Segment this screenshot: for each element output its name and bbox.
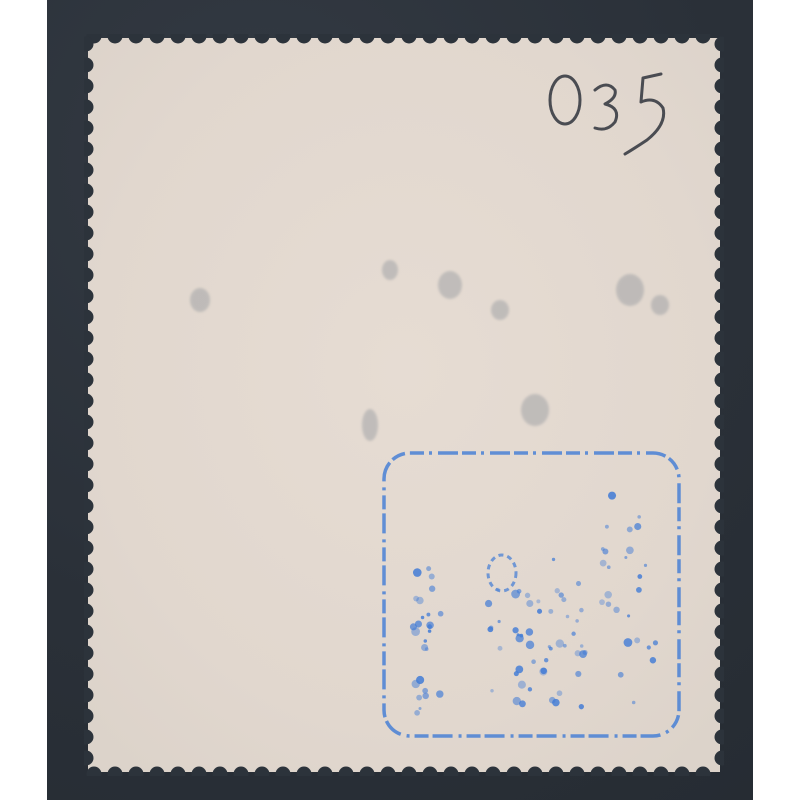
blue-cachet: [372, 445, 684, 745]
pencil-note-035: 035: [545, 62, 675, 162]
pencil-note-text: 035: [545, 62, 547, 63]
